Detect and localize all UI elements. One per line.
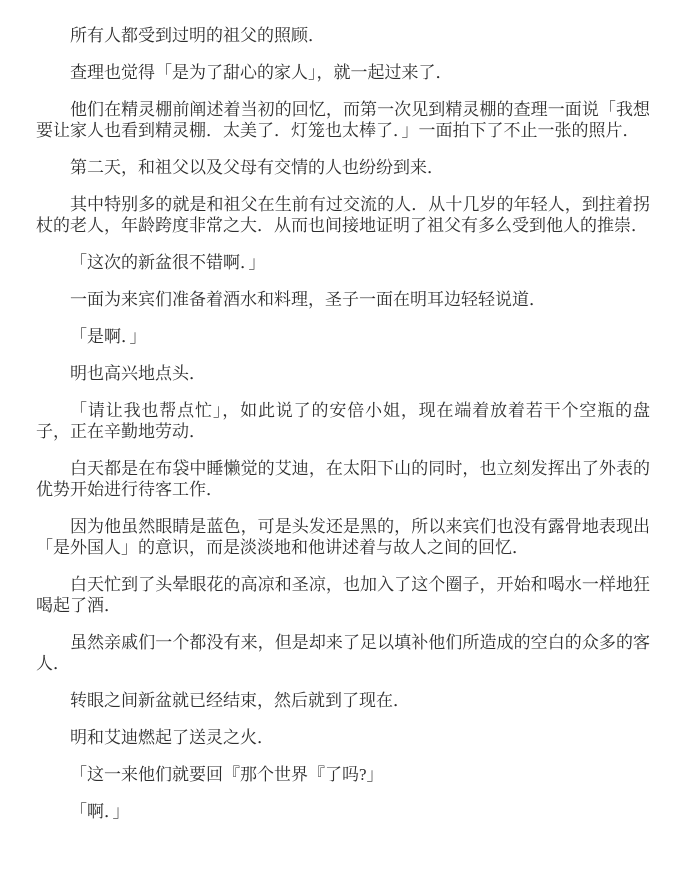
paragraph: 「啊．」 xyxy=(36,801,650,822)
paragraph: 虽然亲戚们一个都没有来，但是却来了足以填补他们所造成的空白的众多的客人． xyxy=(36,632,650,674)
paragraph: 转眼之间新盆就已经结束，然后就到了现在． xyxy=(36,690,650,711)
paragraph: 「这一来他们就要回『那个世界『了吗?」 xyxy=(36,764,650,785)
paragraph: 其中特别多的就是和祖父在生前有过交流的人．从十几岁的年轻人，到拄着拐杖的老人，年… xyxy=(36,194,650,236)
paragraph: 所有人都受到过明的祖父的照顾． xyxy=(36,25,650,46)
document-page: 所有人都受到过明的祖父的照顾．查理也觉得「是为了甜心的家人」，就一起过来了．他们… xyxy=(0,0,680,880)
paragraph: 因为他虽然眼睛是蓝色，可是头发还是黑的，所以来宾们也没有露骨地表现出「是外国人」… xyxy=(36,516,650,558)
paragraph: 白天都是在布袋中睡懒觉的艾迪，在太阳下山的同时，也立刻发挥出了外表的优势开始进行… xyxy=(36,458,650,500)
paragraph: 明也高兴地点头． xyxy=(36,363,650,384)
text-body: 所有人都受到过明的祖父的照顾．查理也觉得「是为了甜心的家人」，就一起过来了．他们… xyxy=(36,25,650,822)
paragraph: 白天忙到了头晕眼花的高凉和圣凉，也加入了这个圈子，开始和喝水一样地狂喝起了酒． xyxy=(36,574,650,616)
paragraph: 查理也觉得「是为了甜心的家人」，就一起过来了． xyxy=(36,62,650,83)
document-viewport: { "page": { "background_color": "#ffffff… xyxy=(0,0,680,880)
paragraph: 明和艾迪燃起了送灵之火． xyxy=(36,727,650,748)
paragraph: 他们在精灵棚前阐述着当初的回忆，而第一次见到精灵棚的查理一面说「我想要让家人也看… xyxy=(36,99,650,141)
paragraph: 「这次的新盆很不错啊．」 xyxy=(36,252,650,273)
paragraph: 「请让我也帮点忙」，如此说了的安倍小姐，现在端着放着若干个空瓶的盘子，正在辛勤地… xyxy=(36,400,650,442)
paragraph: 第二天，和祖父以及父母有交情的人也纷纷到来． xyxy=(36,157,650,178)
paragraph: 「是啊．」 xyxy=(36,326,650,347)
paragraph: 一面为来宾们准备着酒水和料理，圣子一面在明耳边轻轻说道． xyxy=(36,289,650,310)
